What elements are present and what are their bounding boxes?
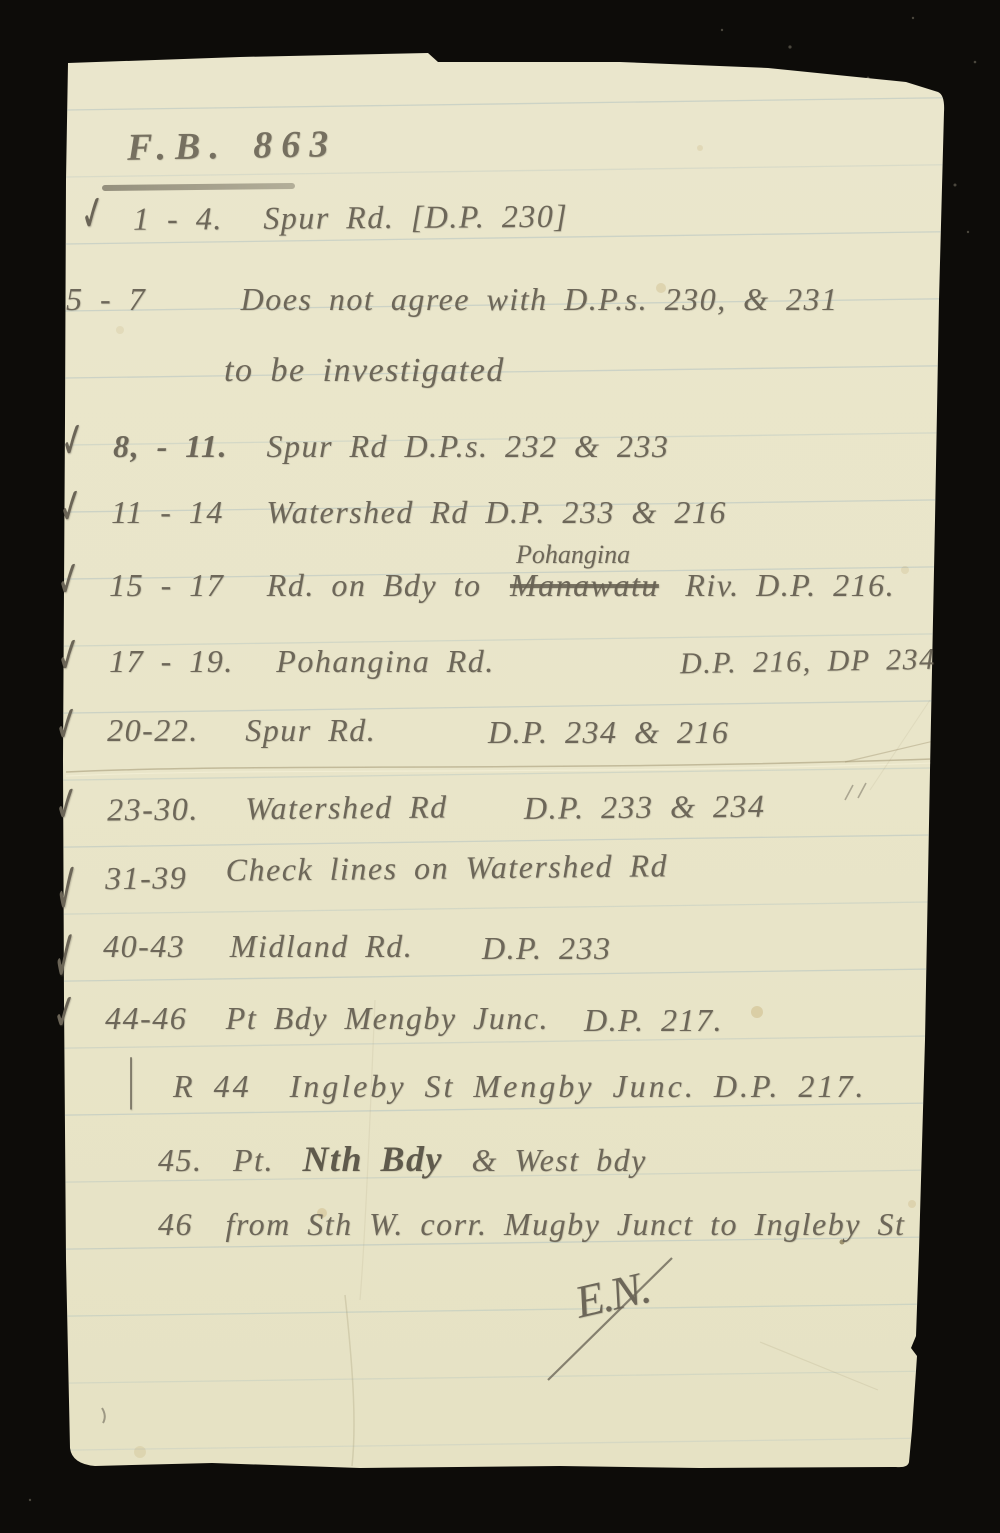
station-range: 8, - 11. [113,428,228,465]
station-range: 44-46 [105,1000,187,1037]
tick-bar-icon: | [128,1048,137,1113]
entry-text: & West bdy [471,1142,646,1179]
entry-row-23-30: ✓ 23-30. Watershed Rd D.P. 233 & 234 [56,784,956,840]
entry-text: Spur Rd D.P.s. 232 & 233 [267,428,670,465]
entry-text: Riv. D.P. 216. [685,567,895,604]
entry-row-17-19: ✓ 17 - 19. Pohangina Rd. D.P. 216, DP 23… [58,643,958,691]
dp-reference: D.P. 233 & 234 [524,788,766,827]
entry-row-46: 46 from Sth W. corr. Mugby Junct to Ingl… [158,1206,1000,1254]
entry-text: Watershed Rd [245,789,448,828]
entry-text: Ingleby St Mengby Junc. D.P. 217. [290,1068,867,1105]
entry-text: Does not agree with D.P.s. 230, & 231 [241,281,839,318]
station-range: 45. [158,1142,203,1179]
entry-text: Pt Bdy Mengby Junc. [226,1000,549,1037]
station-range: 1 - 4. [133,200,223,238]
station-range: 17 - 19. [109,643,234,680]
station-range: 31-39 [105,859,188,897]
entry-text-emphasis: Nth Bdy [302,1138,443,1180]
station-range: R 44 [173,1068,252,1105]
dp-reference: D.P. 217. [584,1002,723,1039]
inserted-word: Pohangina [516,540,630,570]
entry-row-40-43: ✓ 40-43 Midland Rd. D.P. 233 [52,928,952,976]
page-title: F.B. 863 [127,122,338,170]
entry-row-44-46: ✓ 44-46 Pt Bdy Mengby Junc. D.P. 217. [54,1000,954,1048]
entry-text: Spur Rd. [245,712,376,749]
entry-row-20-22: ✓ 20-22. Spur Rd. D.P. 234 & 216 [56,712,956,760]
entry-text: to be investigated [224,352,505,390]
station-range: 46 [158,1206,193,1243]
entry-row-1-4: ✓ 1 - 4. Spur Rd. [D.P. 230] [82,195,982,249]
entry-row-45: 45. Pt. Nth Bdy & West bdy [158,1138,1000,1186]
station-range: 40-43 [103,928,185,965]
entry-text: Pt. [233,1142,274,1179]
entry-row-5-7: 5 - 7 Does not agree with D.P.s. 230, & … [66,281,966,329]
scanned-document-photo: F.B. 863 ✓ 1 - 4. Spur Rd. [D.P. 230] 5 … [0,0,1000,1533]
entry-text: Rd. on Bdy to [267,567,482,604]
entry-row-r44: | R 44 Ingleby St Mengby Junc. D.P. 217. [128,1068,1000,1116]
dp-reference: D.P. 216, DP 234 [680,643,936,681]
entry-text: Check lines on Watershed Rd [225,847,668,889]
station-range: 15 - 17 [109,567,224,604]
entry-row-15-17: ✓ 15 - 17 Rd. on Bdy to Pohangina Manawa… [58,567,958,615]
dp-reference: D.P. 233 [482,930,612,967]
entry-text: Spur Rd. [D.P. 230] [263,198,568,237]
station-range: 20-22. [107,712,199,749]
entry-text: Midland Rd. [230,928,413,965]
station-range: 5 - 7 [66,281,146,318]
dp-reference: D.P. 234 & 216 [488,714,729,751]
entry-row-8-11: ✓ 8, - 11. Spur Rd D.P.s. 232 & 233 [62,428,962,476]
station-range: 23-30. [107,791,199,829]
struck-word: Manawatu [510,567,659,603]
corrected-word: Pohangina Manawatu [510,567,659,604]
entry-row-11-14: ✓ 11 - 14 Watershed Rd D.P. 233 & 216 [60,494,960,542]
station-range: 11 - 14 [111,494,224,531]
entry-text: from Sth W. corr. Mugby Junct to Ingleby… [226,1206,906,1243]
entry-row-continuation: to be investigated [224,352,1000,400]
entry-text: Watershed Rd D.P. 233 & 216 [266,494,726,531]
entry-row-31-39: ✓ 31-39 Check lines on Watershed Rd [54,851,954,908]
entry-text: Pohangina Rd. [276,643,494,680]
